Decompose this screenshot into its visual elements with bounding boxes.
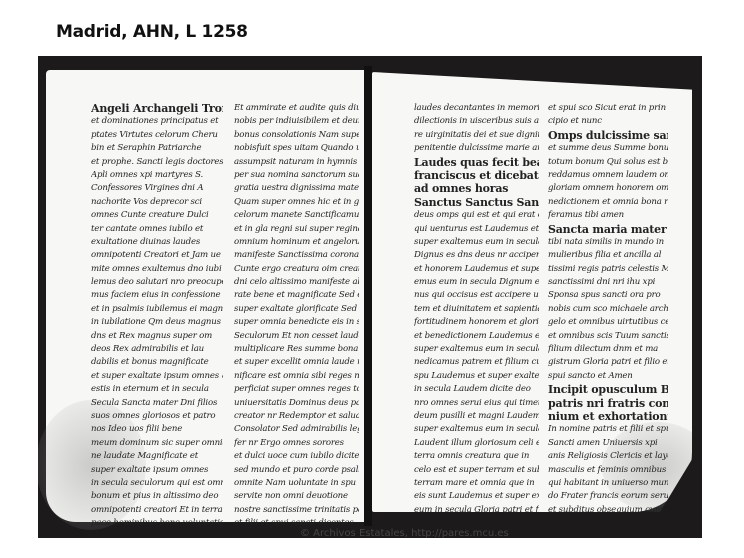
manuscript-line: meum dominum sic super omnia [91,437,223,450]
manuscript-line: nachorite Vos deprecor sci [91,196,223,209]
manuscript-line: uniuersitatis Dominus deus pater [234,397,359,410]
manuscript-line: qui habitant in uniuerso mun [548,477,668,490]
manuscript-title: Madrid, AHN, L 1258 [56,22,248,42]
manuscript-line: Apli omnes xpi martyres S. [91,169,223,182]
manuscript-line: Seculorum Et non cesset laudes [234,330,359,343]
manuscript-line: Incipit opusculum Bti [548,383,668,396]
manuscript-line: et spui sco Sicut erat in prin [548,102,668,115]
manuscript-line: Sanctus Sanctus Sanctus dns [414,196,539,209]
manuscript-line: in iubilatione Qm deus magnus [91,316,223,329]
manuscript-line: eis sunt Laudemus et super exaltemus [414,490,539,503]
manuscript-line: in secula Laudem dicite deo [414,383,539,396]
manuscript-line: nobis cum sco michaele archan [548,303,668,316]
book-gutter [364,66,372,526]
manuscript-line: Laudes quas fecit beat [414,156,539,169]
manuscript-line: celo est et super terram et subtus [414,464,539,477]
manuscript-line: et benedictionem Laudemus et [414,330,539,343]
manuscript-line: Dignus es dns deus nr accipere laudem [414,249,539,262]
manuscript-line: anis Religiosis Clericis et laycis [548,450,668,463]
manuscript-line: super exaltemus eum in secula [414,423,539,436]
manuscript-line: celorum manete Sanctificamus [234,209,359,222]
manuscript-line: Laudent illum gloriosum celi et [414,437,539,450]
manuscript-line: estis in eternum et in secula [91,383,223,396]
manuscript-line: et dominationes principatus et [91,115,223,128]
manuscript-line: nostre sanctissime trinitatis patris [234,504,359,517]
manuscript-line: et in psalmis iubilemus ei magnu [91,303,223,316]
manuscript-line: per sua nomina sanctorum sua [234,169,359,182]
manuscript-line: nro omnes serui eius qui timetis [414,397,539,410]
manuscript-line: omnite Nam uoluntate in spu [234,477,359,490]
manuscript-line: super exaltemus eum in secula Be [414,343,539,356]
manuscript-line: nedicamus patrem et filium cum sco [414,356,539,369]
manuscript-line: totum bonum Qui solus est bonus tibi [548,156,668,169]
manuscript-line: nos Ideo uos filii bene [91,423,223,436]
manuscript-line: dilectionis in uisceribus suis amo [414,115,539,128]
manuscript-line: nus qui occisus est accipere uirtu [414,289,539,302]
manuscript-line: Secula Sancta mater Dni filios [91,397,223,410]
manuscript-line: spui sancto et Amen [548,370,668,383]
manuscript-line: Sancti amen Uniuersis xpi [548,437,668,450]
manuscript-line: feramus tibi amen [548,209,668,222]
manuscript-line: mulieribus filia et ancilla al [548,249,668,262]
manuscript-line: gistrum Gloria patri et filio et [548,356,668,369]
manuscript-line: dabilis et bonus magnificate [91,356,223,369]
manuscript-line: fortitudinem honorem et gloriam [414,316,539,329]
manuscript-line: super exaltate ipsum omnes [91,464,223,477]
manuscript-line: et in gla regni sui super regina [234,223,359,236]
manuscript-line: manifeste Sanctissima coronata [234,249,359,262]
manuscript-line: deum pusilli et magni Laudemus et [414,410,539,423]
manuscript-line: masculis et feminis omnibus [548,464,668,477]
manuscript-line: pace hominibus bone uoluntatis [91,517,223,530]
manuscript-line: filium dilectum dnm et ma [548,343,668,356]
manuscript-line: Omps dulcissime sanctissime [548,129,668,142]
manuscript-line: mus faciem eius in confessione [91,289,223,302]
manuscript-line: tissimi regis patris celestis Mater [548,263,668,276]
manuscript-line: Et ammirate et audite quis diu [234,102,359,115]
manuscript-line: do Frater francis eorum seruus [548,490,668,503]
manuscript-line: nedictionem et omnia bona re [548,196,668,209]
manuscript-line: et subditus obsequium cum re [548,504,668,517]
manuscript-line: servite non omni deuotione [234,490,359,503]
manuscript-line: nium et exhortationum [548,410,668,423]
manuscript-line: nificare est omnia sibi reges nobis [234,370,359,383]
manuscript-line: gloriam omnem honorem omnem be [548,182,668,195]
manuscript-line: omnium hominum et angelorum [234,236,359,249]
manuscript-line: omnes Cunte creature Dulci [91,209,223,222]
folio-number: cclxxvii [627,78,665,89]
manuscript-line: perficiat super omnes reges totius [234,383,359,396]
manuscript-line: deus omps qui est et qui erat et [414,209,539,222]
manuscript-line: et omnibus scis Tuum sanctissimum [548,330,668,343]
manuscript-line: creator nr Redemptor et saluator [234,410,359,423]
manuscript-line: reddamus omnem laudem omnem [548,169,668,182]
manuscript-line: laudes decantantes in memoria [414,102,539,115]
manuscript-line: assumpsit naturam in hymnis [234,156,359,169]
manuscript-line: et super exaltate ipsum omnes qui [91,370,223,383]
right-page-column-1: laudes decantantes in memoriadilectionis… [414,102,539,517]
manuscript-line: lemus deo salutari nro preocupe [91,276,223,289]
manuscript-line: gratia uestra dignissima mater [234,182,359,195]
manuscript-line: terra omnis creatura que in [414,450,539,463]
manuscript-line: patris nri fratris communio [548,397,668,410]
manuscript-line: Cunte ergo creatura oim creator [234,263,359,276]
manuscript-line: et dulci uoce cum iubilo dicite [234,450,359,463]
manuscript-line: nobisfuit spes uitam Quando uos [234,142,359,155]
manuscript-line: Quam super omnes hic et in gla [234,196,359,209]
manuscript-line: emus eum in secula Dignum est ag [414,276,539,289]
manuscript-line: rate bene et magnificate Sed et [234,289,359,302]
manuscript-line: sed mundo et puro corde psallite [234,464,359,477]
manuscript-line: super omnia benedicte eis in secula [234,316,359,329]
right-page-column-2: et spui sco Sicut erat in principio et n… [548,102,668,517]
manuscript-line: eum in secula Gloria patri et filio [414,504,539,517]
manuscript-line: in secula seculorum qui est omnis [91,477,223,490]
manuscript-line: mite omnes exultemus dno iubi [91,263,223,276]
manuscript-line: tem et diuinitatem et sapientiam et [414,303,539,316]
manuscript-image: Angeli Archangeli Troniet dominationes p… [38,56,702,538]
manuscript-line: et summe deus Summe bonum [548,142,668,155]
manuscript-line: In nomine patris et filii et spus [548,423,668,436]
left-page-column-2: Et ammirate et audite quis diunobis per … [234,102,359,531]
manuscript-line: spu Laudemus et super exaltemus eum [414,370,539,383]
manuscript-line: terram mare et omnia que in [414,477,539,490]
manuscript-line: dni celo altissimo manifeste ab [234,276,359,289]
manuscript-line: cipio et nunc [548,115,668,128]
manuscript-line: bonus consolationis Nam super [234,129,359,142]
manuscript-line: super exaltemus eum in secula [414,236,539,249]
manuscript-line: qui uenturus est Laudemus et [414,223,539,236]
manuscript-line: nobis per indiuisibilem et deum [234,115,359,128]
manuscript-line: re uirginitatis dei et sue dignitatis [414,129,539,142]
manuscript-line: Confessores Virgines dni A [91,182,223,195]
manuscript-line: ne laudate Magnificate et [91,450,223,463]
manuscript-line: tibi nata similis in mundo in [548,236,668,249]
manuscript-line: Angeli Archangeli Troni [91,102,223,115]
manuscript-line: et prophe. Sancti legis doctores [91,156,223,169]
manuscript-line: omnipotenti creatori Et in terra [91,504,223,517]
manuscript-line: exultatione diuinas laudes [91,236,223,249]
manuscript-line: Sancta maria mater xpi [548,223,668,236]
manuscript-line: multiplicare Res summe bona est [234,343,359,356]
left-page: Angeli Archangeli Troniet dominationes p… [46,70,366,522]
manuscript-line: omnipotenti Creatori et Jam ue [91,249,223,262]
left-page-column-1: Angeli Archangeli Troniet dominationes p… [91,102,223,531]
manuscript-line: ad omnes horas [414,182,539,195]
manuscript-line: ptates Virtutes celorum Cheru [91,129,223,142]
manuscript-line: ter cantate omnes iubilo et [91,223,223,236]
manuscript-line: super exaltate glorificate Sed et [234,303,359,316]
manuscript-line: gelo et omnibus uirtutibus celorum [548,316,668,329]
manuscript-line: et super excellit omnia laude mag [234,356,359,369]
manuscript-line: bonum et pius in altissimo deo [91,490,223,503]
manuscript-line: et honorem Laudemus et super exalt [414,263,539,276]
copyright-watermark: © Archivos Estatales, http://pares.mcu.e… [300,528,509,539]
manuscript-line: Consolator Sed admirabilis lege [234,423,359,436]
manuscript-line: penitentie dulcissime marie amen [414,142,539,155]
manuscript-line: deos Rex admirabilis et lau [91,343,223,356]
manuscript-line: suos omnes gloriosos et patro [91,410,223,423]
manuscript-line: Sponsa spus sancti ora pro [548,289,668,302]
manuscript-line: dns et Rex magnus super om [91,330,223,343]
manuscript-line: fer nr Ergo omnes sorores [234,437,359,450]
right-page: cclxxvii laudes decantantes in memoriadi… [372,72,692,512]
manuscript-line: sanctissimi dni nri ihu xpi [548,276,668,289]
manuscript-line: franciscus et dicebat eas [414,169,539,182]
manuscript-line: bin et Seraphin Patriarche [91,142,223,155]
